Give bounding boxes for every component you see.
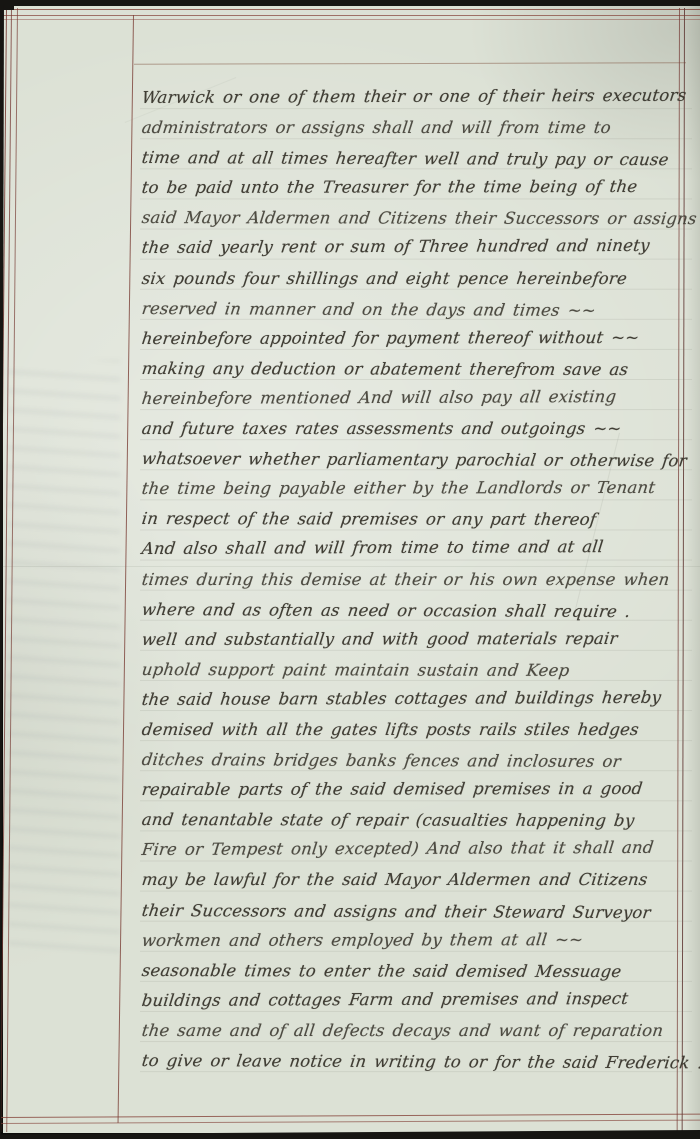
manuscript-line: and future taxes rates assessments and o…	[140, 414, 696, 444]
manuscript-line: workmen and others employed by them at a…	[140, 924, 696, 955]
manuscript-line: And also shall and will from time to tim…	[140, 532, 696, 564]
manuscript-line: time and at all times hereafter well and…	[140, 143, 696, 175]
manuscript-line: the same and of all defects decays and w…	[140, 1016, 696, 1046]
manuscript-line: hereinbefore appointed for payment there…	[140, 323, 696, 354]
manuscript-line: said Mayor Aldermen and Citizens their S…	[140, 203, 696, 234]
manuscript-line: repairable parts of the said demised pre…	[140, 774, 696, 805]
manuscript-line: making any deduction or abatement theref…	[140, 354, 696, 385]
manuscript-line: their Successors and assigns and their S…	[140, 896, 696, 928]
scan-edge-top	[0, 0, 700, 6]
manuscript-text: Warwick or one of them their or one of t…	[140, 83, 692, 1078]
manuscript-line: where and as often as need or occasion s…	[140, 595, 696, 627]
manuscript-line: well and substantially and with good mat…	[140, 624, 696, 655]
ruled-line-top	[0, 15, 700, 16]
scanned-document-page: Warwick or one of them their or one of t…	[0, 0, 700, 1139]
manuscript-line: reserved in manner and on the days and t…	[140, 294, 696, 326]
manuscript-line: to give or leave notice in writing to or…	[140, 1046, 696, 1078]
manuscript-line: Fire or Tempest only excepted) And also …	[140, 833, 696, 865]
manuscript-line: demised with all the gates lifts posts r…	[140, 715, 696, 745]
ruled-line-top	[0, 9, 700, 10]
manuscript-line: seasonable times to enter the said demis…	[140, 956, 696, 987]
manuscript-line: the said yearly rent or sum of Three hun…	[140, 231, 696, 263]
manuscript-line: buildings and cottages Farm and premises…	[140, 984, 696, 1016]
manuscript-line: hereinbefore mentioned And will also pay…	[140, 382, 696, 414]
manuscript-line: Warwick or one of them their or one of t…	[140, 81, 696, 113]
manuscript-line: whatsoever whether parliamentary parochi…	[140, 444, 696, 476]
manuscript-line: to be paid unto the Treasurer for the ti…	[140, 172, 696, 203]
manuscript-line: uphold support paint maintain sustain an…	[140, 655, 696, 686]
manuscript-line: in respect of the said premises or any p…	[140, 504, 696, 535]
manuscript-line: six pounds four shillings and eight penc…	[140, 264, 696, 294]
manuscript-line: the said house barn stables cottages and…	[140, 683, 696, 715]
ink-showthrough	[8, 360, 120, 960]
ruled-line-top	[0, 19, 700, 20]
manuscript-line: may be lawful for the said Mayor Alderme…	[140, 865, 696, 895]
manuscript-line: the time being payable either by the Lan…	[140, 473, 696, 504]
manuscript-line: administrators or assigns shall and will…	[140, 113, 696, 143]
manuscript-line: and tenantable state of repair (casualti…	[140, 805, 696, 836]
manuscript-line: ditches drains bridges banks fences and …	[140, 745, 696, 777]
manuscript-line: times during this demise at their or his…	[140, 565, 696, 595]
